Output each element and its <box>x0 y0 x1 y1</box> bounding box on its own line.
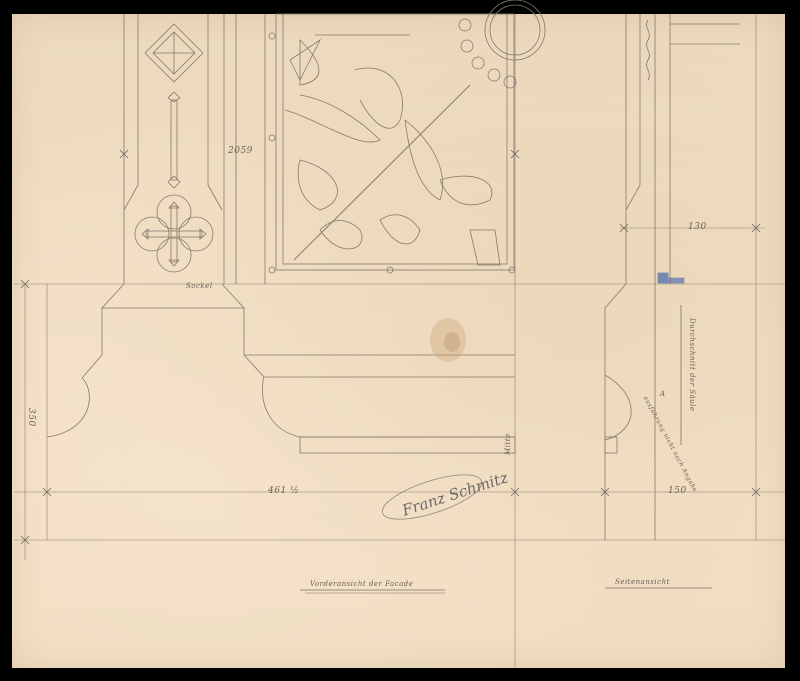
front-base-moulding <box>47 284 515 453</box>
architectural-drawing <box>0 0 800 681</box>
dimension-marks <box>21 150 760 544</box>
side-elevation <box>605 14 740 540</box>
diamond-ornament-icon <box>145 24 203 82</box>
panel-height-label: 2059 <box>228 146 253 156</box>
side-width-label: 150 <box>668 486 687 496</box>
column-section-label: Durchschnitt der Säule <box>688 318 696 412</box>
section-mark: A <box>660 390 666 398</box>
acanthus-panel <box>269 0 545 273</box>
column-base-label: Sockel <box>186 282 213 290</box>
center-label: Mitte <box>504 433 512 455</box>
side-top-width-label: 130 <box>688 222 707 232</box>
scan-background: 2059 Sockel 350 461 ½ 150 130 Mitte Vord… <box>0 0 800 681</box>
rosette-icon <box>459 0 545 88</box>
front-view-title: Vorderansicht der Facade <box>310 580 413 588</box>
quatrefoil-cross-icon <box>135 195 213 272</box>
side-view-title: Seitenansicht <box>615 578 670 586</box>
blue-ink-stamp <box>658 273 684 283</box>
left-height-label: 350 <box>26 408 36 427</box>
main-width-label: 461 ½ <box>268 486 299 496</box>
vertical-bar-ornament-icon <box>168 92 180 188</box>
construction-lines <box>14 14 785 668</box>
